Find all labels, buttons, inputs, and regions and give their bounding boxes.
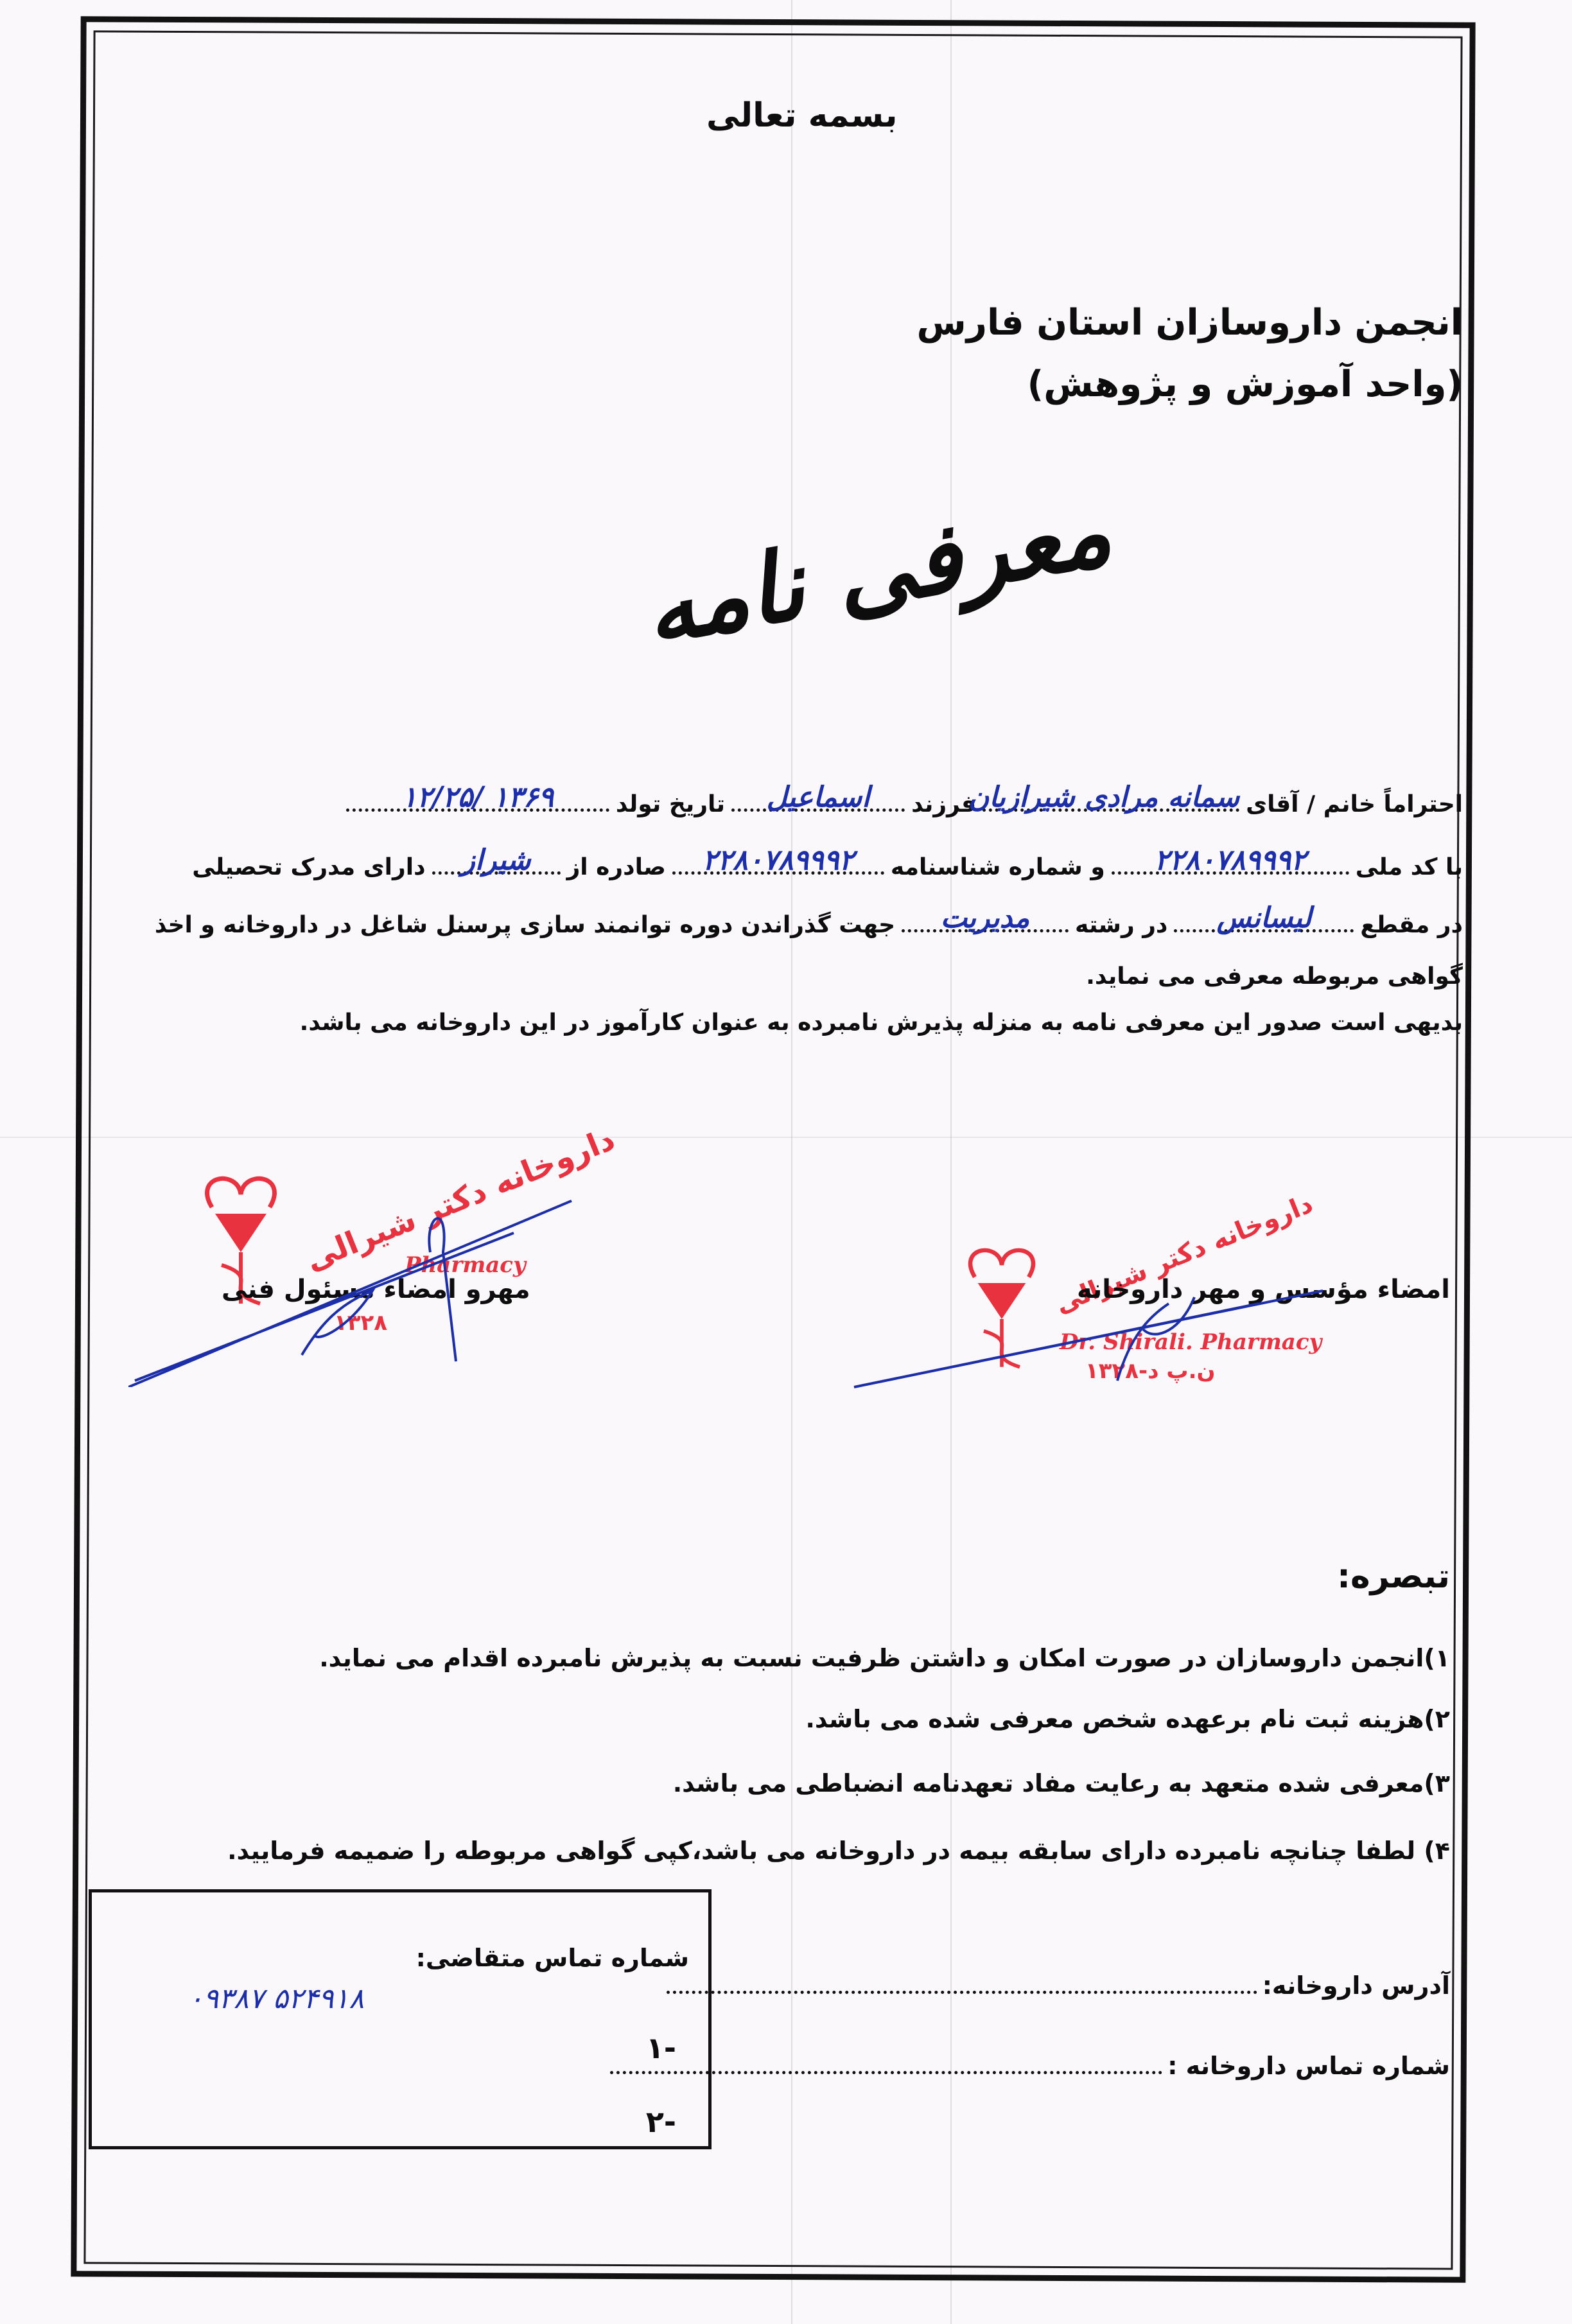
study-field: مدیریت	[902, 912, 1069, 938]
founder-signature	[848, 1278, 1336, 1400]
father-value: اسماعیل	[731, 781, 905, 814]
name-field: سمانه مرادی شیرازیان	[983, 791, 1239, 817]
form-line-certificate: گواهی مربوطه معرفی می نماید.	[1086, 963, 1463, 990]
degree-label: دارای مدرک تحصیلی	[192, 854, 425, 880]
applicant-contact-box: شماره تماس متقاضی: ۰۹۳۸۷ ۵۲۴۹۱۸ -۱ -۲	[89, 1889, 712, 2149]
organization-name: انجمن داروسازان استان فارس	[917, 292, 1463, 354]
name-value: سمانه مرادی شیرازیان	[983, 781, 1239, 814]
form-line-education: در مقطع لیسانس در رشته مدیریت جهت گذراند…	[155, 912, 1463, 938]
issued-from-field: شیراز	[432, 854, 561, 880]
id-card-field: ۲۲۸۰۷۸۹۹۹۲	[672, 854, 884, 880]
basmala-heading: بسمه تعالی	[706, 96, 897, 135]
technical-manager-signature	[128, 1175, 578, 1387]
pharmacy-phone-field: شماره تماس داروخانه :	[610, 2052, 1450, 2080]
form-line-name: احتراماً خانم / آقای سمانه مرادی شیرازیا…	[346, 791, 1463, 817]
notes-title: تبصره:	[1337, 1557, 1450, 1596]
national-id-label: با کد ملی	[1356, 854, 1463, 880]
note-item: ۴) لطفا چنانچه نامبرده دارای سابقه بیمه …	[227, 1837, 1450, 1865]
pharmacy-address-blank	[667, 1984, 1257, 1994]
study-field-value: مدیریت	[902, 902, 1069, 934]
applicant-phone-value: ۰۹۳۸۷ ۵۲۴۹۱۸	[188, 1982, 364, 2015]
note-item: ۳)معرفی شده متعهد به رعایت مفاد تعهدنامه…	[673, 1769, 1450, 1797]
applicant-phone-label: شماره تماس متقاضی:	[416, 1944, 689, 1972]
pharmacy-phone-blank	[610, 2065, 1162, 2074]
pharmacy-address-field: آدرس داروخانه:	[667, 1971, 1450, 2000]
field-label: در رشته	[1075, 912, 1167, 938]
father-label: فرزند	[911, 791, 976, 817]
purpose-text: جهت گذراندن دوره توانمند سازی پرسنل شاغل…	[155, 912, 895, 938]
form-line-ids: با کد ملی ۲۲۸۰۷۸۹۹۹۲ و شماره شناسنامه ۲۲…	[192, 854, 1463, 880]
pharmacy-address-label: آدرس داروخانه:	[1262, 1971, 1450, 2000]
salutation-label: احتراماً خانم / آقای	[1246, 791, 1463, 817]
level-value: لیسانس	[1174, 902, 1354, 934]
issued-from-label: صادره از	[567, 854, 666, 880]
contact-item-2: -۲	[646, 2104, 676, 2139]
note-item: ۲)هزینه ثبت نام برعهده شخص معرفی شده می …	[805, 1705, 1450, 1733]
pharmacy-phone-label: شماره تماس داروخانه :	[1167, 2052, 1450, 2080]
department-name: (واحد آموزش و پژوهش)	[917, 354, 1463, 415]
id-card-label: و شماره شناسنامه	[891, 854, 1105, 880]
level-label: در مقطع	[1360, 912, 1463, 938]
birth-date-label: تاریخ تولد	[616, 791, 725, 817]
organization-block: انجمن داروسازان استان فارس (واحد آموزش و…	[917, 292, 1463, 415]
birth-date-field: ۱۳۶۹ /۱۲/۲۵	[346, 791, 609, 817]
birth-date-value: ۱۳۶۹ /۱۲/۲۵	[346, 781, 609, 814]
id-card-value: ۲۲۸۰۷۸۹۹۹۲	[672, 844, 884, 877]
note-item: ۱)انجمن داروسازان در صورت امکان و داشتن …	[319, 1644, 1450, 1672]
issued-from-value: شیراز	[432, 844, 561, 877]
national-id-value: ۲۲۸۰۷۸۹۹۹۲	[1112, 844, 1349, 877]
father-field: اسماعیل	[731, 791, 905, 817]
national-id-field: ۲۲۸۰۷۸۹۹۹۲	[1112, 854, 1349, 880]
level-field: لیسانس	[1174, 912, 1354, 938]
acceptance-note: بدیهی است صدور این معرفی نامه به منزله پ…	[300, 1009, 1463, 1036]
